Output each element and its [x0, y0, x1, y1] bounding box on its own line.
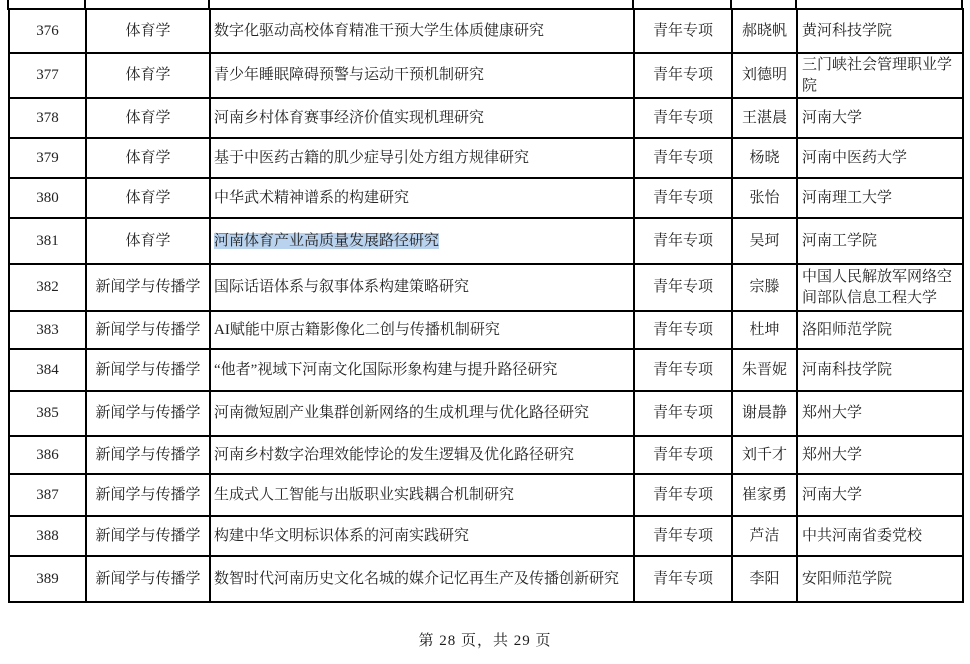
- discipline-cell: 新闻学与传播学: [86, 349, 210, 391]
- project-title-cell: 国际话语体系与叙事体系构建策略研究: [210, 264, 634, 311]
- discipline-cell: 体育学: [86, 138, 210, 178]
- leader-cell: 宗滕: [732, 264, 797, 311]
- table-row: 377体育学青少年睡眠障碍预警与运动干预机制研究青年专项刘德明三门峡社会管理职业…: [9, 53, 963, 98]
- institution-cell: 河南科技学院: [797, 349, 963, 391]
- institution-cell: 河南理工大学: [797, 178, 963, 218]
- discipline-cell: 新闻学与传播学: [86, 474, 210, 516]
- table-row: 379体育学基于中医药古籍的肌少症导引处方组方规律研究青年专项杨晓河南中医药大学: [9, 138, 963, 178]
- institution-cell: 郑州大学: [797, 436, 963, 474]
- table-row: 376体育学数字化驱动高校体育精准干预大学生体质健康研究青年专项郝晓帆黄河科技学…: [9, 9, 963, 53]
- category-cell: 青年专项: [634, 218, 732, 264]
- institution-cell: 中共河南省委党校: [797, 516, 963, 556]
- project-title-cell: 河南乡村数字治理效能悖论的发生逻辑及优化路径研究: [210, 436, 634, 474]
- institution-cell: 洛阳师范学院: [797, 311, 963, 349]
- category-cell: 青年专项: [634, 9, 732, 53]
- project-title-cell: 中华武术精神谱系的构建研究: [210, 178, 634, 218]
- projects-table-wrap: 376体育学数字化驱动高校体育精准干预大学生体质健康研究青年专项郝晓帆黄河科技学…: [8, 8, 962, 603]
- category-cell: 青年专项: [634, 436, 732, 474]
- leader-cell: 朱晋妮: [732, 349, 797, 391]
- table-row: 389新闻学与传播学数智时代河南历史文化名城的媒介记忆再生产及传播创新研究青年专…: [9, 556, 963, 602]
- row-number-cell: 377: [9, 53, 86, 98]
- project-title-cell: 生成式人工智能与出版职业实践耦合机制研究: [210, 474, 634, 516]
- row-number-cell: 376: [9, 9, 86, 53]
- institution-cell: 河南大学: [797, 474, 963, 516]
- leader-cell: 张怡: [732, 178, 797, 218]
- project-title-cell: 青少年睡眠障碍预警与运动干预机制研究: [210, 53, 634, 98]
- category-cell: 青年专项: [634, 311, 732, 349]
- project-title-cell: 河南乡村体育赛事经济价值实现机理研究: [210, 98, 634, 138]
- leader-cell: 谢晨静: [732, 391, 797, 436]
- discipline-cell: 体育学: [86, 178, 210, 218]
- institution-cell: 三门峡社会管理职业学院: [797, 53, 963, 98]
- project-title-cell: 河南体育产业高质量发展路径研究: [210, 218, 634, 264]
- category-cell: 青年专项: [634, 53, 732, 98]
- discipline-cell: 体育学: [86, 9, 210, 53]
- discipline-cell: 体育学: [86, 98, 210, 138]
- leader-cell: 杨晓: [732, 138, 797, 178]
- leader-cell: 李阳: [732, 556, 797, 602]
- leader-cell: 王湛晨: [732, 98, 797, 138]
- institution-cell: 安阳师范学院: [797, 556, 963, 602]
- category-cell: 青年专项: [634, 138, 732, 178]
- leader-cell: 郝晓帆: [732, 9, 797, 53]
- project-title-cell: 基于中医药古籍的肌少症导引处方组方规律研究: [210, 138, 634, 178]
- row-number-cell: 388: [9, 516, 86, 556]
- table-row: 380体育学中华武术精神谱系的构建研究青年专项张怡河南理工大学: [9, 178, 963, 218]
- discipline-cell: 新闻学与传播学: [86, 556, 210, 602]
- leader-cell: 芦洁: [732, 516, 797, 556]
- institution-cell: 中国人民解放军网络空间部队信息工程大学: [797, 264, 963, 311]
- table-row: 388新闻学与传播学构建中华文明标识体系的河南实践研究青年专项芦洁中共河南省委党…: [9, 516, 963, 556]
- row-number-cell: 384: [9, 349, 86, 391]
- document-page: 376体育学数字化驱动高校体育精准干预大学生体质健康研究青年专项郝晓帆黄河科技学…: [0, 0, 970, 664]
- project-title-cell: 数字化驱动高校体育精准干预大学生体质健康研究: [210, 9, 634, 53]
- projects-table-body: 376体育学数字化驱动高校体育精准干预大学生体质健康研究青年专项郝晓帆黄河科技学…: [9, 9, 963, 602]
- table-row: 386新闻学与传播学河南乡村数字治理效能悖论的发生逻辑及优化路径研究青年专项刘千…: [9, 436, 963, 474]
- category-cell: 青年专项: [634, 264, 732, 311]
- table-row: 378体育学河南乡村体育赛事经济价值实现机理研究青年专项王湛晨河南大学: [9, 98, 963, 138]
- institution-cell: 河南中医药大学: [797, 138, 963, 178]
- table-row: 385新闻学与传播学河南微短剧产业集群创新网络的生成机理与优化路径研究青年专项谢…: [9, 391, 963, 436]
- category-cell: 青年专项: [634, 391, 732, 436]
- row-number-cell: 389: [9, 556, 86, 602]
- institution-cell: 河南工学院: [797, 218, 963, 264]
- category-cell: 青年专项: [634, 349, 732, 391]
- project-title-cell: 构建中华文明标识体系的河南实践研究: [210, 516, 634, 556]
- projects-table: 376体育学数字化驱动高校体育精准干预大学生体质健康研究青年专项郝晓帆黄河科技学…: [8, 8, 964, 603]
- institution-cell: 河南大学: [797, 98, 963, 138]
- row-number-cell: 381: [9, 218, 86, 264]
- row-number-cell: 380: [9, 178, 86, 218]
- category-cell: 青年专项: [634, 516, 732, 556]
- page-number-footer: 第 28 页，共 29 页: [0, 629, 970, 650]
- table-row: 387新闻学与传播学生成式人工智能与出版职业实践耦合机制研究青年专项崔家勇河南大…: [9, 474, 963, 516]
- leader-cell: 刘千才: [732, 436, 797, 474]
- discipline-cell: 体育学: [86, 53, 210, 98]
- table-row: 383新闻学与传播学AI赋能中原古籍影像化二创与传播机制研究青年专项杜坤洛阳师范…: [9, 311, 963, 349]
- row-number-cell: 387: [9, 474, 86, 516]
- category-cell: 青年专项: [634, 474, 732, 516]
- row-number-cell: 382: [9, 264, 86, 311]
- category-cell: 青年专项: [634, 98, 732, 138]
- table-row: 384新闻学与传播学“他者”视域下河南文化国际形象构建与提升路径研究青年专项朱晋…: [9, 349, 963, 391]
- row-number-cell: 378: [9, 98, 86, 138]
- row-number-cell: 385: [9, 391, 86, 436]
- discipline-cell: 体育学: [86, 218, 210, 264]
- category-cell: 青年专项: [634, 556, 732, 602]
- discipline-cell: 新闻学与传播学: [86, 516, 210, 556]
- row-number-cell: 386: [9, 436, 86, 474]
- discipline-cell: 新闻学与传播学: [86, 391, 210, 436]
- leader-cell: 吴珂: [732, 218, 797, 264]
- category-cell: 青年专项: [634, 178, 732, 218]
- project-title-cell: “他者”视域下河南文化国际形象构建与提升路径研究: [210, 349, 634, 391]
- project-title-cell: 数智时代河南历史文化名城的媒介记忆再生产及传播创新研究: [210, 556, 634, 602]
- institution-cell: 黄河科技学院: [797, 9, 963, 53]
- institution-cell: 郑州大学: [797, 391, 963, 436]
- row-number-cell: 379: [9, 138, 86, 178]
- leader-cell: 崔家勇: [732, 474, 797, 516]
- row-number-cell: 383: [9, 311, 86, 349]
- discipline-cell: 新闻学与传播学: [86, 311, 210, 349]
- discipline-cell: 新闻学与传播学: [86, 436, 210, 474]
- leader-cell: 刘德明: [732, 53, 797, 98]
- selected-text-highlight: 河南体育产业高质量发展路径研究: [214, 233, 439, 249]
- project-title-cell: AI赋能中原古籍影像化二创与传播机制研究: [210, 311, 634, 349]
- table-row: 382新闻学与传播学国际话语体系与叙事体系构建策略研究青年专项宗滕中国人民解放军…: [9, 264, 963, 311]
- leader-cell: 杜坤: [732, 311, 797, 349]
- discipline-cell: 新闻学与传播学: [86, 264, 210, 311]
- table-row: 381体育学河南体育产业高质量发展路径研究青年专项吴珂河南工学院: [9, 218, 963, 264]
- project-title-cell: 河南微短剧产业集群创新网络的生成机理与优化路径研究: [210, 391, 634, 436]
